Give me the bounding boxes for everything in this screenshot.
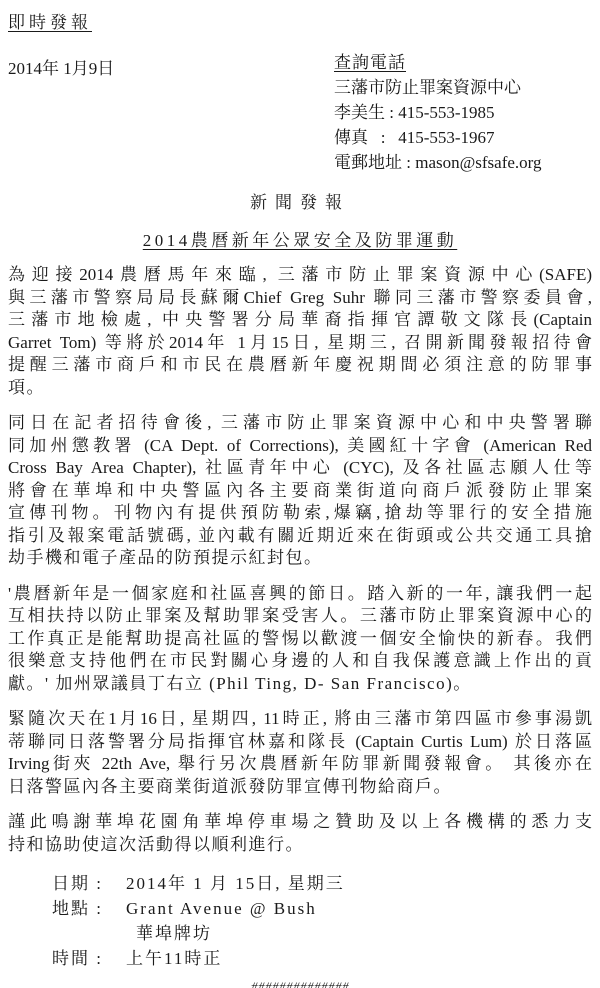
event-details: 日期 : 2014年 1 月 15日, 星期三 地點 : Grant Avenu… bbox=[52, 871, 592, 971]
detail-date-label: 日期 : bbox=[52, 871, 126, 896]
body-line: 同日在記者招待會後, 三藩市防止罪案資源中心和中央警署聯 bbox=[8, 412, 592, 435]
issue-date: 2014年 1月9日 bbox=[8, 50, 114, 175]
detail-row-date: 日期 : 2014年 1 月 15日, 星期三 bbox=[52, 871, 592, 896]
body-line: 提醒三藩市商戶和市民在農曆新年慶祝期間必須注意的防罪事 bbox=[8, 354, 592, 377]
body-line: 將會在華埠和中央警區內各主要商業街道向商戶派發防止罪案 bbox=[8, 480, 592, 503]
body-line: '農曆新年是一個家庭和社區喜興的節日。踏入新的一年, 讓我們一起 bbox=[8, 583, 592, 606]
body-paragraph-1: 為迎接2014農曆馬年來臨, 三藩市防止罪案資源中心(SAFE) 與三藩市警察局… bbox=[8, 264, 592, 399]
body-line: Irving街夾 22th Ave, 舉行另次農曆新年防罪新聞發報會。 其後亦在 bbox=[8, 753, 592, 776]
body-line: 三藩市地檢處, 中央警署分局華裔指揮官譚敬文隊長(Captain bbox=[8, 309, 592, 332]
contact-org: 三藩市防止罪案資源中心 bbox=[334, 75, 592, 100]
body-line: 項。 bbox=[8, 377, 592, 400]
contact-fax: 傳真 : 415-553-1967 bbox=[334, 125, 592, 150]
detail-row-location: 地點 : Grant Avenue @ Bush bbox=[52, 896, 592, 921]
contact-person-phone: 李美生 : 415-553-1985 bbox=[334, 100, 592, 125]
body-line: 宣傳刊物。刊物內有提供預防勒索,爆竊,搶劫等罪行的安全措施 bbox=[8, 502, 592, 525]
detail-row-location-2: 華埠牌坊 bbox=[52, 921, 592, 946]
press-release-page: 即時發報 2014年 1月9日 查詢電話 三藩市防止罪案資源中心 李美生 : 4… bbox=[0, 0, 600, 988]
body-paragraph-3-quote: '農曆新年是一個家庭和社區喜興的節日。踏入新的一年, 讓我們一起 互相扶持以防止… bbox=[8, 583, 592, 696]
body-line: 獻。' 加州眾議員丁右立 (Phil Ting, D- San Francisc… bbox=[8, 673, 592, 696]
body-line: 緊隨次天在1月16日, 星期四, 11時正, 將由三藩市第四區市參事湯凱 bbox=[8, 708, 592, 731]
body-line: 日落警區內各主要商業街道派發防罪宣傳刊物給商戶。 bbox=[8, 776, 592, 799]
body-line: 工作真正是能幫助提高社區的警惕以歡渡一個安全愉快的新春。我們 bbox=[8, 628, 592, 651]
contact-email: 電郵地址 : mason@sfsafe.org bbox=[334, 150, 592, 175]
contact-heading: 查詢電話 bbox=[334, 50, 592, 75]
contact-block: 查詢電話 三藩市防止罪案資源中心 李美生 : 415-553-1985 傳真 :… bbox=[334, 50, 592, 175]
body-line: 持和協助使這次活動得以順利進行。 bbox=[8, 834, 592, 857]
body-line: 謹此鳴謝華埠花園角華埠停車場之贊助及以上各機構的悉力支 bbox=[8, 811, 592, 834]
body-paragraph-5-acknowledgement: 謹此鳴謝華埠花園角華埠停車場之贊助及以上各機構的悉力支 持和協助使這次活動得以順… bbox=[8, 811, 592, 856]
detail-location-label-spacer bbox=[52, 921, 126, 946]
body-line: 蒂聯同日落警署分局指揮官林嘉和隊長 (Captain Curtis Lum) 於… bbox=[8, 731, 592, 754]
press-release-title: 2014農曆新年公眾安全及防罪運動 bbox=[143, 231, 458, 250]
body-line: 與三藩市警察局局長蘇爾Chief Greg Suhr 聯同三藩市警察委員會, bbox=[8, 287, 592, 310]
end-mark: ############## bbox=[8, 979, 592, 988]
detail-location-value-2: 華埠牌坊 bbox=[126, 921, 212, 946]
body-paragraph-2: 同日在記者招待會後, 三藩市防止罪案資源中心和中央警署聯 同加州懲教署 (CA … bbox=[8, 412, 592, 570]
detail-location-value: Grant Avenue @ Bush bbox=[126, 896, 317, 921]
body-line: Garret Tom) 等將於2014年 1月15日, 星期三, 召開新聞發報招… bbox=[8, 332, 592, 355]
body-line: 為迎接2014農曆馬年來臨, 三藩市防止罪案資源中心(SAFE) bbox=[8, 264, 592, 287]
title-wrap: 2014農曆新年公眾安全及防罪運動 bbox=[8, 226, 592, 251]
body-line: 指引及報案電話號碼, 並內載有關近期近來在街頭或公共交通工具搶 bbox=[8, 525, 592, 548]
detail-row-time: 時間 : 上午11時正 bbox=[52, 946, 592, 971]
body-line: 很樂意支持他們在市民對關心身邊的人和自我保護意識上作出的貢 bbox=[8, 650, 592, 673]
detail-date-value: 2014年 1 月 15日, 星期三 bbox=[126, 871, 345, 896]
release-tag: 即時發報 bbox=[8, 8, 592, 33]
doc-type-heading: 新聞發報 bbox=[8, 188, 592, 213]
body-line: Cross Bay Area Chapter), 社區青年中心 (CYC), 及… bbox=[8, 457, 592, 480]
header-row: 2014年 1月9日 查詢電話 三藩市防止罪案資源中心 李美生 : 415-55… bbox=[8, 50, 592, 175]
body-paragraph-4: 緊隨次天在1月16日, 星期四, 11時正, 將由三藩市第四區市參事湯凱 蒂聯同… bbox=[8, 708, 592, 798]
detail-time-value: 上午11時正 bbox=[126, 946, 222, 971]
body-line: 同加州懲教署 (CA Dept. of Corrections), 美國紅十字會… bbox=[8, 435, 592, 458]
body-line: 互相扶持以防止罪案及幫助罪案受害人。三藩市防止罪案資源中心的 bbox=[8, 605, 592, 628]
detail-time-label: 時間 : bbox=[52, 946, 126, 971]
body-line: 劫手機和電子產品的防預提示紅封包。 bbox=[8, 547, 592, 570]
detail-location-label: 地點 : bbox=[52, 896, 126, 921]
